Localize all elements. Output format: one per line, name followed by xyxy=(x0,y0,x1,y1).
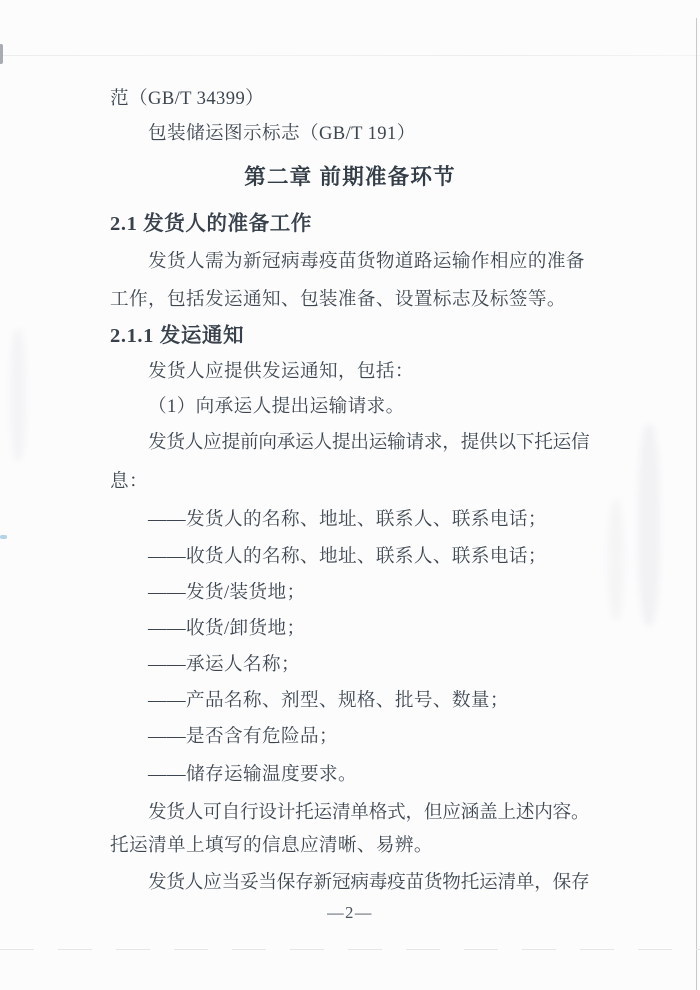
doc-line: 发货人需为新冠病毒疫苗货物道路运输作相应的准备 xyxy=(148,249,585,275)
scan-artifact-bleedthrough xyxy=(608,500,624,620)
scanned-document-page: 范（GB/T 34399） 包装储运图示标志（GB/T 191） 第二章 前期准… xyxy=(0,0,700,990)
doc-list-item: ——发货/装货地； xyxy=(148,580,306,606)
page-number: —2— xyxy=(0,902,700,924)
doc-line: 发货人应当妥当保存新冠病毒疫苗货物托运清单，保存 xyxy=(148,870,589,896)
scan-artifact-bleedthrough xyxy=(638,425,660,625)
doc-list-item: ——发货人的名称、地址、联系人、联系电话； xyxy=(148,507,547,533)
doc-line: 发货人应提前向承运人提出运输请求，提供以下托运信 xyxy=(148,430,589,456)
scan-artifact-bottom-line xyxy=(0,949,700,950)
doc-line-continuation: 包装储运图示标志（GB/T 191） xyxy=(148,121,416,147)
doc-line: 工作，包括发运通知、包装准备、设置标志及标签等。 xyxy=(110,287,566,313)
scan-artifact-bleedthrough xyxy=(10,330,26,460)
doc-line: （1）向承运人提出运输请求。 xyxy=(148,394,405,420)
scan-artifact-blue-dash xyxy=(0,535,7,539)
chapter-heading: 第二章 前期准备环节 xyxy=(0,163,700,191)
doc-list-item: ——收货/卸货地； xyxy=(148,616,306,642)
scan-artifact-top-line xyxy=(0,55,700,56)
doc-list-item: ——承运人名称； xyxy=(148,652,300,678)
doc-line: 托运清单上填写的信息应清晰、易辨。 xyxy=(110,833,433,859)
doc-list-item: ——储存运输温度要求。 xyxy=(148,762,357,788)
doc-line-continuation: 范（GB/T 34399） xyxy=(110,86,264,112)
section-heading: 2.1 发货人的准备工作 xyxy=(110,211,312,237)
doc-list-item: ——产品名称、剂型、规格、批号、数量； xyxy=(148,688,509,714)
doc-line: 发货人可自行设计托运清单格式，但应涵盖上述内容。 xyxy=(148,800,589,826)
doc-list-item: ——是否含有危险品； xyxy=(148,724,338,750)
doc-list-item: ——收货人的名称、地址、联系人、联系电话； xyxy=(148,544,547,570)
doc-line: 息： xyxy=(110,469,148,495)
doc-line: 发货人应提供发运通知，包括： xyxy=(148,359,414,385)
scan-artifact-left-mark xyxy=(0,44,3,64)
subsection-heading: 2.1.1 发运通知 xyxy=(110,323,244,349)
